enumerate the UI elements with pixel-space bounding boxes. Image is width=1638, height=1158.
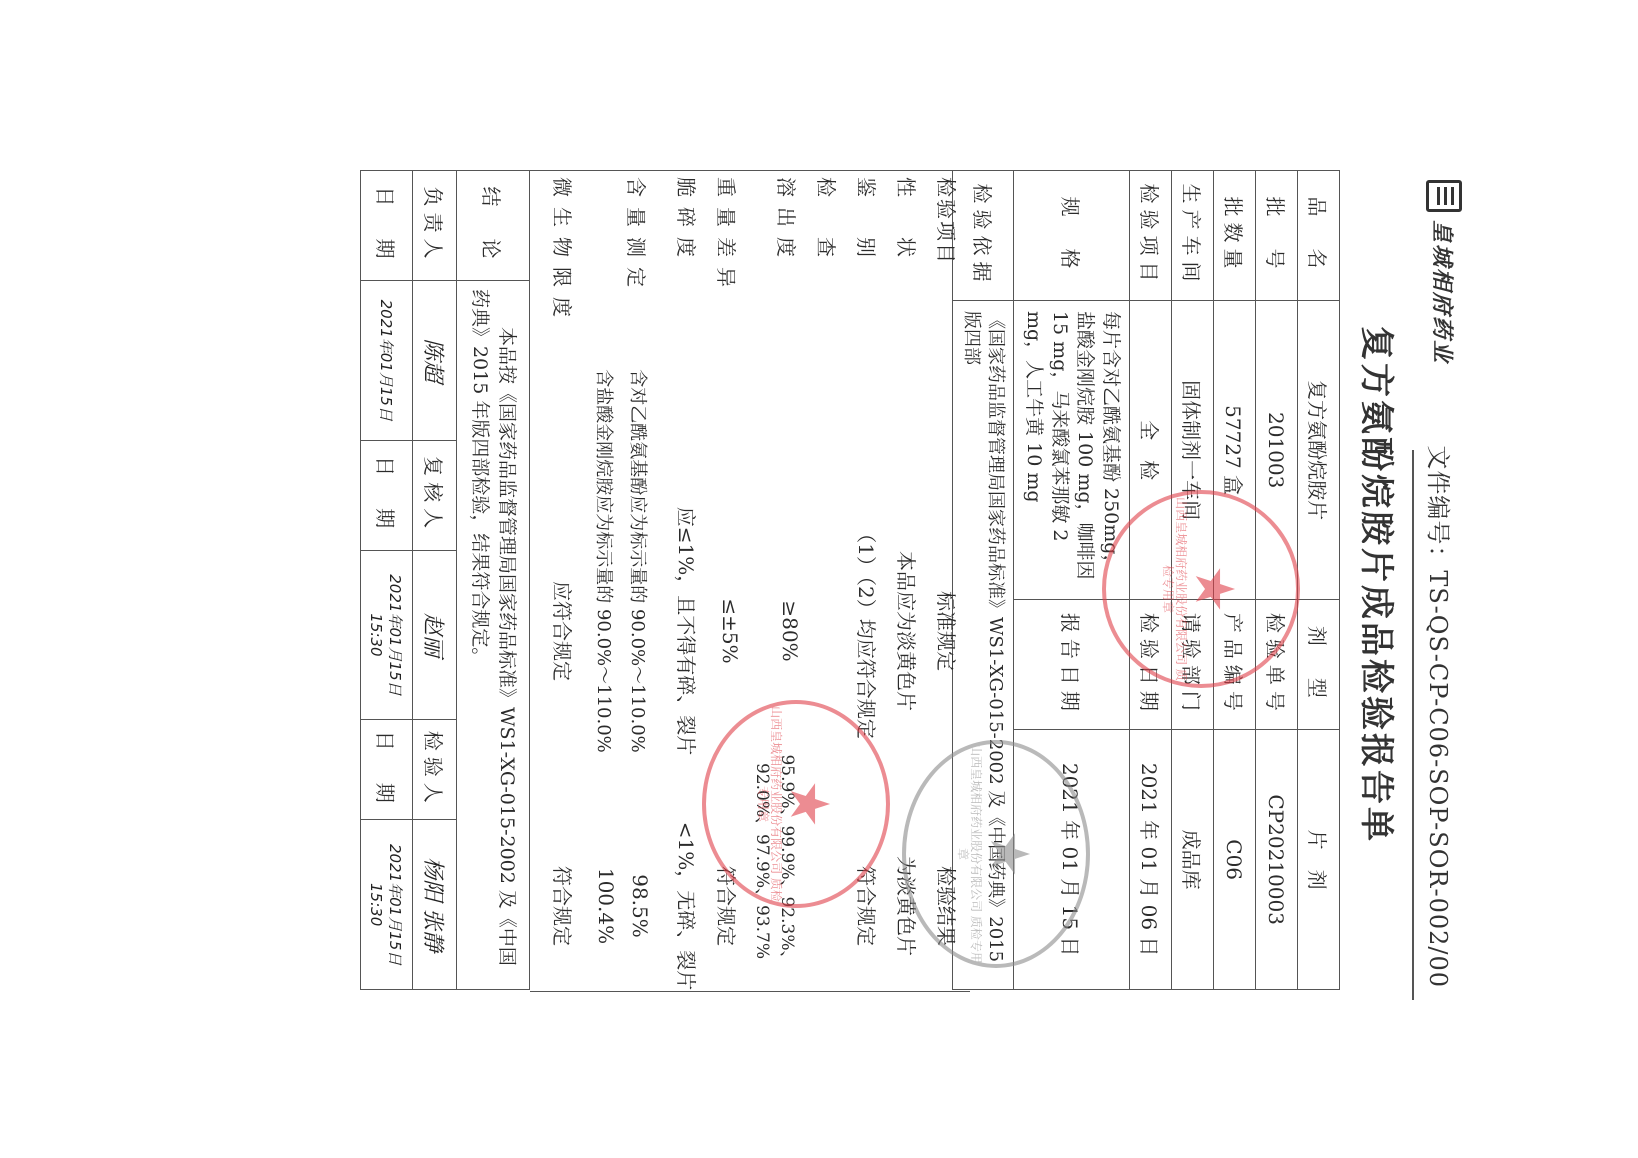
product-code: C06: [1214, 730, 1256, 990]
item-standard: 本品应为淡黄色片: [893, 451, 922, 811]
item-standard: 含盐酸金刚烷胺应为标示量的 90.0%～110.0%: [592, 311, 618, 811]
item-header: 检验项目: [933, 177, 962, 265]
item-standard: 含对乙酰氨基酚应为标示量的 90.0%～110.0%: [626, 311, 652, 811]
report-header: 皇城相府药业 文件编号：TS-QS-CP-C06-SOP-SOR-002/00 …: [1350, 170, 1470, 1000]
conclusion-label: 结 论: [457, 171, 530, 281]
quality-stamp: ★山西皇城相府药业股份有限公司 质检专用章: [902, 740, 1090, 968]
date-label: 日 期: [361, 440, 413, 550]
item-standard: 应≤1%，且不得有碎、裂片: [673, 451, 702, 811]
company-logo: 皇城相府药业: [1426, 180, 1462, 364]
responsible-signature: 陈超: [413, 280, 457, 440]
batch-no-label: 批 号: [1256, 171, 1298, 301]
star-icon: ★: [982, 744, 1036, 964]
file-number: 文件编号：TS-QS-CP-C06-SOP-SOR-002/00: [1423, 445, 1458, 988]
quantity-label: 批数量: [1214, 171, 1256, 301]
table-row: 负责人 陈超 复核人 赵丽 检验人 杨阳 张静: [413, 171, 457, 990]
inspector-date: 2021年01月15日 15:30: [361, 820, 413, 990]
dosage-form-label: 剂 型: [1298, 600, 1340, 730]
item-name: 性 状: [893, 177, 922, 267]
stamp-text: 山西皇城相府药业股份有限公司 质检专用章: [956, 744, 982, 964]
inspector-signature: 杨阳 张静: [413, 820, 457, 990]
header-divider: [1412, 450, 1414, 1000]
responsible-label: 负责人: [413, 171, 457, 281]
report-sheet: 皇城相府药业 文件编号：TS-QS-CP-C06-SOP-SOR-002/00 …: [160, 170, 1470, 1000]
item-name: 重量差异: [713, 177, 742, 297]
quality-stamp: ★山西皇城相府药业股份有限公司 质检专用章: [1102, 490, 1300, 688]
reviewer-label: 复核人: [413, 440, 457, 550]
item-standard: 应符合规定: [549, 451, 578, 811]
stamp-text: 山西皇城相府药业股份有限公司 质检专用章: [756, 704, 782, 904]
logo-icon: [1426, 180, 1462, 212]
stamp-text: 山西皇城相府药业股份有限公司 质检专用章: [1161, 494, 1187, 684]
item-name: 检 查: [813, 177, 842, 267]
product-name-label: 品 名: [1298, 171, 1340, 301]
item-name: 鉴 别: [853, 177, 882, 267]
item-name: 脆碎度: [673, 177, 702, 267]
item-name: 微生物限度: [549, 177, 578, 327]
dosage-form: 片 剂: [1298, 730, 1340, 990]
item-result: 符合规定: [549, 821, 578, 991]
item-result: <1%，无碎、裂片: [673, 821, 702, 991]
responsible-date: 2021年01月15日: [361, 280, 413, 440]
inspection-scope-label: 检验项目: [1130, 171, 1172, 301]
inspection-no: CP20210003: [1256, 730, 1298, 990]
item-name: 含量测定: [623, 177, 652, 297]
reviewer-date: 2021年01月15日 15:30: [361, 550, 413, 720]
inspection-date: 2021 年 01 月 06 日: [1130, 730, 1172, 990]
item-result: 100.4%: [594, 821, 618, 991]
item-result: 98.5%: [628, 821, 652, 991]
spec-label: 规 格: [1014, 171, 1130, 301]
request-dept: 成品库: [1172, 730, 1214, 990]
reviewer-signature: 赵丽: [413, 550, 457, 720]
file-number-value: TS-QS-CP-C06-SOP-SOR-002/00: [1424, 570, 1452, 988]
date-label: 日 期: [361, 171, 413, 281]
table-row: 品 名 复方氨酚烷胺片 剂 型 片 剂: [1298, 171, 1340, 990]
star-icon: ★: [782, 704, 836, 904]
company-name: 皇城相府药业: [1429, 220, 1460, 364]
item-name: 溶出度: [773, 177, 802, 267]
date-label: 日 期: [361, 720, 413, 820]
product-name: 复方氨酚烷胺片: [1298, 300, 1340, 599]
quality-stamp: ★山西皇城相府药业股份有限公司 质检专用章: [702, 700, 890, 908]
workshop-label: 生产车间: [1172, 171, 1214, 301]
table-row: 日 期 2021年01月15日 日 期 2021年01月15日 15:30 日 …: [361, 171, 413, 990]
conclusion-text: 本品按《国家药品监督管理局国家药品标准》WS1-XG-015-2002 及《中国…: [457, 280, 530, 989]
signature-table: 结 论 本品按《国家药品监督管理局国家药品标准》WS1-XG-015-2002 …: [360, 170, 530, 990]
page-title: 复方氨酚烷胺片成品检验报告单: [1355, 170, 1404, 1000]
inspector-label: 检验人: [413, 720, 457, 820]
file-number-label: 文件编号：: [1424, 445, 1452, 570]
star-icon: ★: [1187, 494, 1241, 684]
table-row: 结 论 本品按《国家药品监督管理局国家药品标准》WS1-XG-015-2002 …: [457, 171, 530, 990]
